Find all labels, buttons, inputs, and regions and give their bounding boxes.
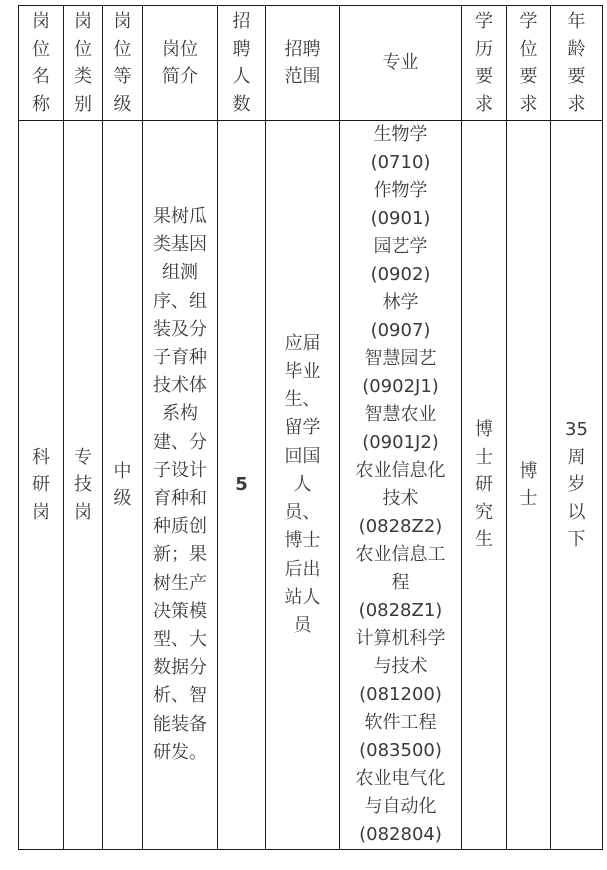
cell-headcount: 5 <box>218 121 266 850</box>
major-line: 作物学 <box>342 177 459 205</box>
major-line: 智慧农业 <box>342 401 459 429</box>
cell-position-level: 中级 <box>103 121 143 850</box>
header-position-desc: 岗位简介 <box>143 6 218 121</box>
major-line: (0907) <box>342 317 459 345</box>
cell-education: 博士研究生 <box>462 121 507 850</box>
header-position-level: 岗位等级 <box>103 6 143 121</box>
cell-position-type: 专技岗 <box>64 121 103 850</box>
cell-position-desc: 果树瓜类基因组测序、组装及分子育种技术体系构建、分子设计育种和种质创新；果树生产… <box>143 121 218 850</box>
major-line: (0901J2) <box>342 429 459 457</box>
header-age: 年龄要求 <box>551 6 603 121</box>
header-position-type: 岗位类别 <box>64 6 103 121</box>
major-line: (0902J1) <box>342 373 459 401</box>
major-line: (083500) <box>342 737 459 765</box>
major-line: 园艺学 <box>342 233 459 261</box>
major-line: 技术 <box>342 485 459 513</box>
recruitment-table: 岗位名称 岗位类别 岗位等级 岗位简介 招聘人数 招聘范围 专业 学历要求 学位… <box>18 5 603 850</box>
major-line: (0901) <box>342 205 459 233</box>
major-line: 农业信息化 <box>342 457 459 485</box>
cell-degree: 博士 <box>507 121 551 850</box>
cell-age: 35周岁以下 <box>551 121 603 850</box>
header-degree: 学位要求 <box>507 6 551 121</box>
header-scope: 招聘范围 <box>266 6 340 121</box>
major-line: 计算机科学 <box>342 625 459 653</box>
major-line: 林学 <box>342 289 459 317</box>
major-line: 生物学 <box>342 121 459 149</box>
header-education: 学历要求 <box>462 6 507 121</box>
major-line: 农业电气化 <box>342 765 459 793</box>
cell-scope: 应届毕业生、留学回国人员、博士后出站人员 <box>266 121 340 850</box>
major-line: 与技术 <box>342 653 459 681</box>
major-line: 软件工程 <box>342 709 459 737</box>
header-headcount: 招聘人数 <box>218 6 266 121</box>
major-line: (082804) <box>342 821 459 849</box>
cell-major: 生物学 (0710) 作物学 (0901) 园艺学 (0902) 林学 (090… <box>340 121 462 850</box>
major-line: (0902) <box>342 261 459 289</box>
major-line: (0828Z2) <box>342 513 459 541</box>
table-row: 科研岗 专技岗 中级 果树瓜类基因组测序、组装及分子育种技术体系构建、分子设计育… <box>19 121 603 850</box>
header-row: 岗位名称 岗位类别 岗位等级 岗位简介 招聘人数 招聘范围 专业 学历要求 学位… <box>19 6 603 121</box>
cell-position-name: 科研岗 <box>19 121 64 850</box>
header-position-name: 岗位名称 <box>19 6 64 121</box>
header-major: 专业 <box>340 6 462 121</box>
major-line: (081200) <box>342 681 459 709</box>
major-line: (0710) <box>342 149 459 177</box>
major-line: 程 <box>342 569 459 597</box>
major-line: 农业信息工 <box>342 541 459 569</box>
major-line: (0828Z1) <box>342 597 459 625</box>
major-line: 与自动化 <box>342 793 459 821</box>
major-line: 智慧园艺 <box>342 345 459 373</box>
